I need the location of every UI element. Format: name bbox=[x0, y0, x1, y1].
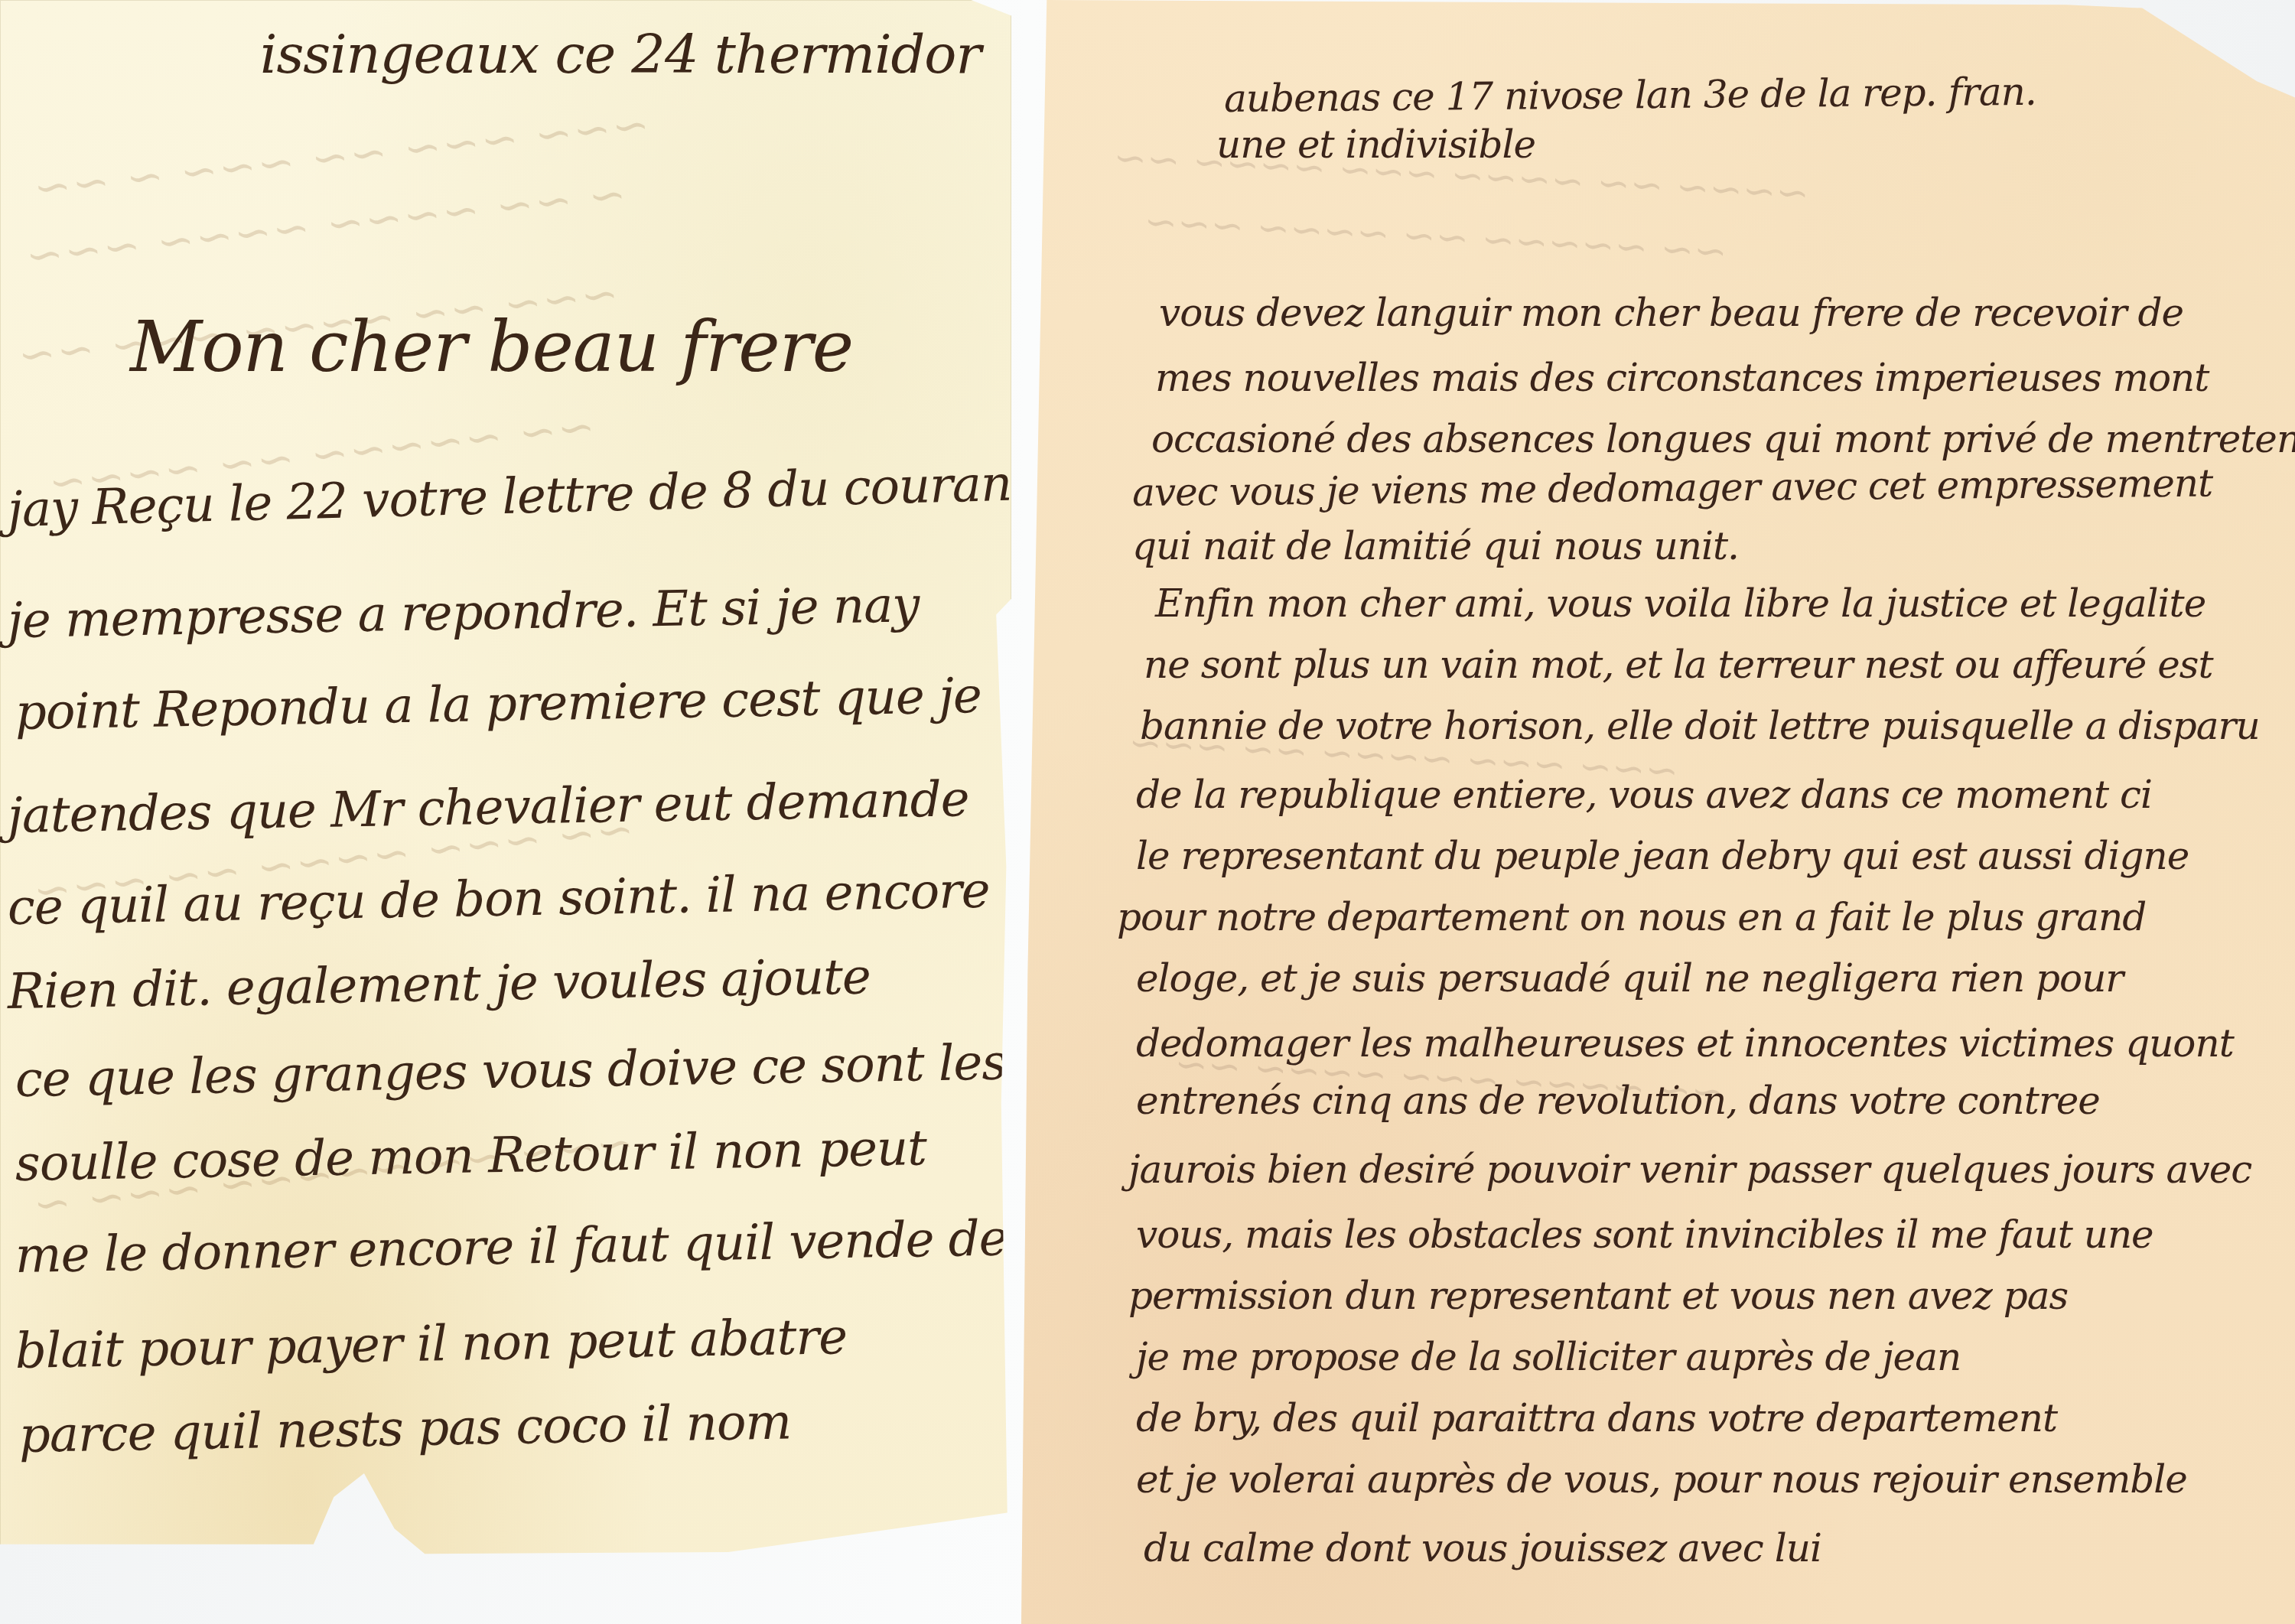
letter-left-line: soulle cose de mon Retour il non peut bbox=[15, 1120, 926, 1193]
letter-right-line: vous, mais les obstacles sont invincible… bbox=[1136, 1212, 2153, 1257]
letter-right-dateline: aubenas ce 17 nivose lan 3e de la rep. f… bbox=[1224, 70, 2036, 121]
letter-left-sheet: ~~~ ~~~ ~~ ~~~ ~ ~~ ~ ~~ ~~~~ ~~~~ ~~~ ~… bbox=[0, 0, 1011, 1576]
letter-left-salutation: Mon cher beau frere bbox=[130, 306, 853, 388]
letter-right-dateline: une et indivisible bbox=[1216, 122, 1535, 167]
letter-left-line: Rien dit. egalement je voules ajoute bbox=[7, 949, 871, 1020]
letter-right-sheet: ~~~~ ~~ ~~~~ ~~~ ~~~~ ~~ ~~ ~~~~~ ~~ ~~~… bbox=[1021, 0, 2295, 1624]
letter-right-line: mes nouvelles mais des circonstances imp… bbox=[1155, 356, 2209, 400]
letter-right-line: et je volerai auprès de vous, pour nous … bbox=[1136, 1457, 2187, 1502]
letter-right-line: de bry, des quil paraittra dans votre de… bbox=[1136, 1396, 2057, 1440]
bleed-through-text: ~~ ~~~~~ ~~ ~~~~ ~~~ bbox=[1143, 199, 1728, 275]
letter-right-line: qui nait de lamitié qui nous unit. bbox=[1132, 524, 1739, 568]
letter-right-line: le representant du peuple jean debry qui… bbox=[1136, 834, 2189, 878]
letter-left-dateline: issingeaux ce 24 thermidor bbox=[260, 23, 981, 86]
letter-right-line: vous devez languir mon cher beau frere d… bbox=[1159, 291, 2183, 335]
letter-right-line: je me propose de la solliciter auprès de… bbox=[1136, 1335, 1961, 1379]
letter-right-line: avec vous je viens me dedomager avec cet… bbox=[1132, 461, 2213, 515]
letter-right-line: bannie de votre horison, elle doit lettr… bbox=[1140, 704, 2260, 748]
letter-right-line: entrenés cinq ans de revolution, dans vo… bbox=[1136, 1079, 2100, 1123]
letter-right-line: jaurois bien desiré pouvoir venir passer… bbox=[1128, 1147, 2251, 1192]
letter-right-line: du calme dont vous jouissez avec lui bbox=[1144, 1526, 1821, 1570]
letter-left-line: jatendes que Mr chevalier eut demande bbox=[7, 771, 969, 845]
letter-right-line: ne sont plus un vain mot, et la terreur … bbox=[1144, 643, 2213, 687]
letter-right-line: dedomager les malheureuses et innocentes… bbox=[1136, 1021, 2234, 1066]
letter-right-line: de la republique entiere, vous avez dans… bbox=[1136, 773, 2152, 817]
letter-right-line: permission dun representant et vous nen … bbox=[1128, 1274, 2068, 1318]
letter-left-line: blait pour payer il non peut abatre bbox=[15, 1309, 847, 1380]
letter-right-line: eloge, et je suis persuadé quil ne negli… bbox=[1136, 956, 2123, 1001]
letter-left-line: point Repondu a la premiere cest que je bbox=[15, 668, 981, 741]
letter-left-line: me le donner encore il faut quil vende d… bbox=[15, 1210, 1008, 1284]
letter-right-line: occasioné des absences longues qui mont … bbox=[1151, 417, 2295, 461]
letter-right-line: Enfin mon cher ami, vous voila libre la … bbox=[1155, 581, 2205, 626]
letter-left-line: parce quil nests pas coco il nom bbox=[18, 1394, 791, 1464]
letter-left-line: je mempresse a repondre. Et si je nay bbox=[7, 577, 920, 649]
letter-right-line: pour notre departement on nous en a fait… bbox=[1117, 895, 2146, 939]
letter-left-line: ce que les granges vous doive ce sont le… bbox=[15, 1034, 1006, 1108]
